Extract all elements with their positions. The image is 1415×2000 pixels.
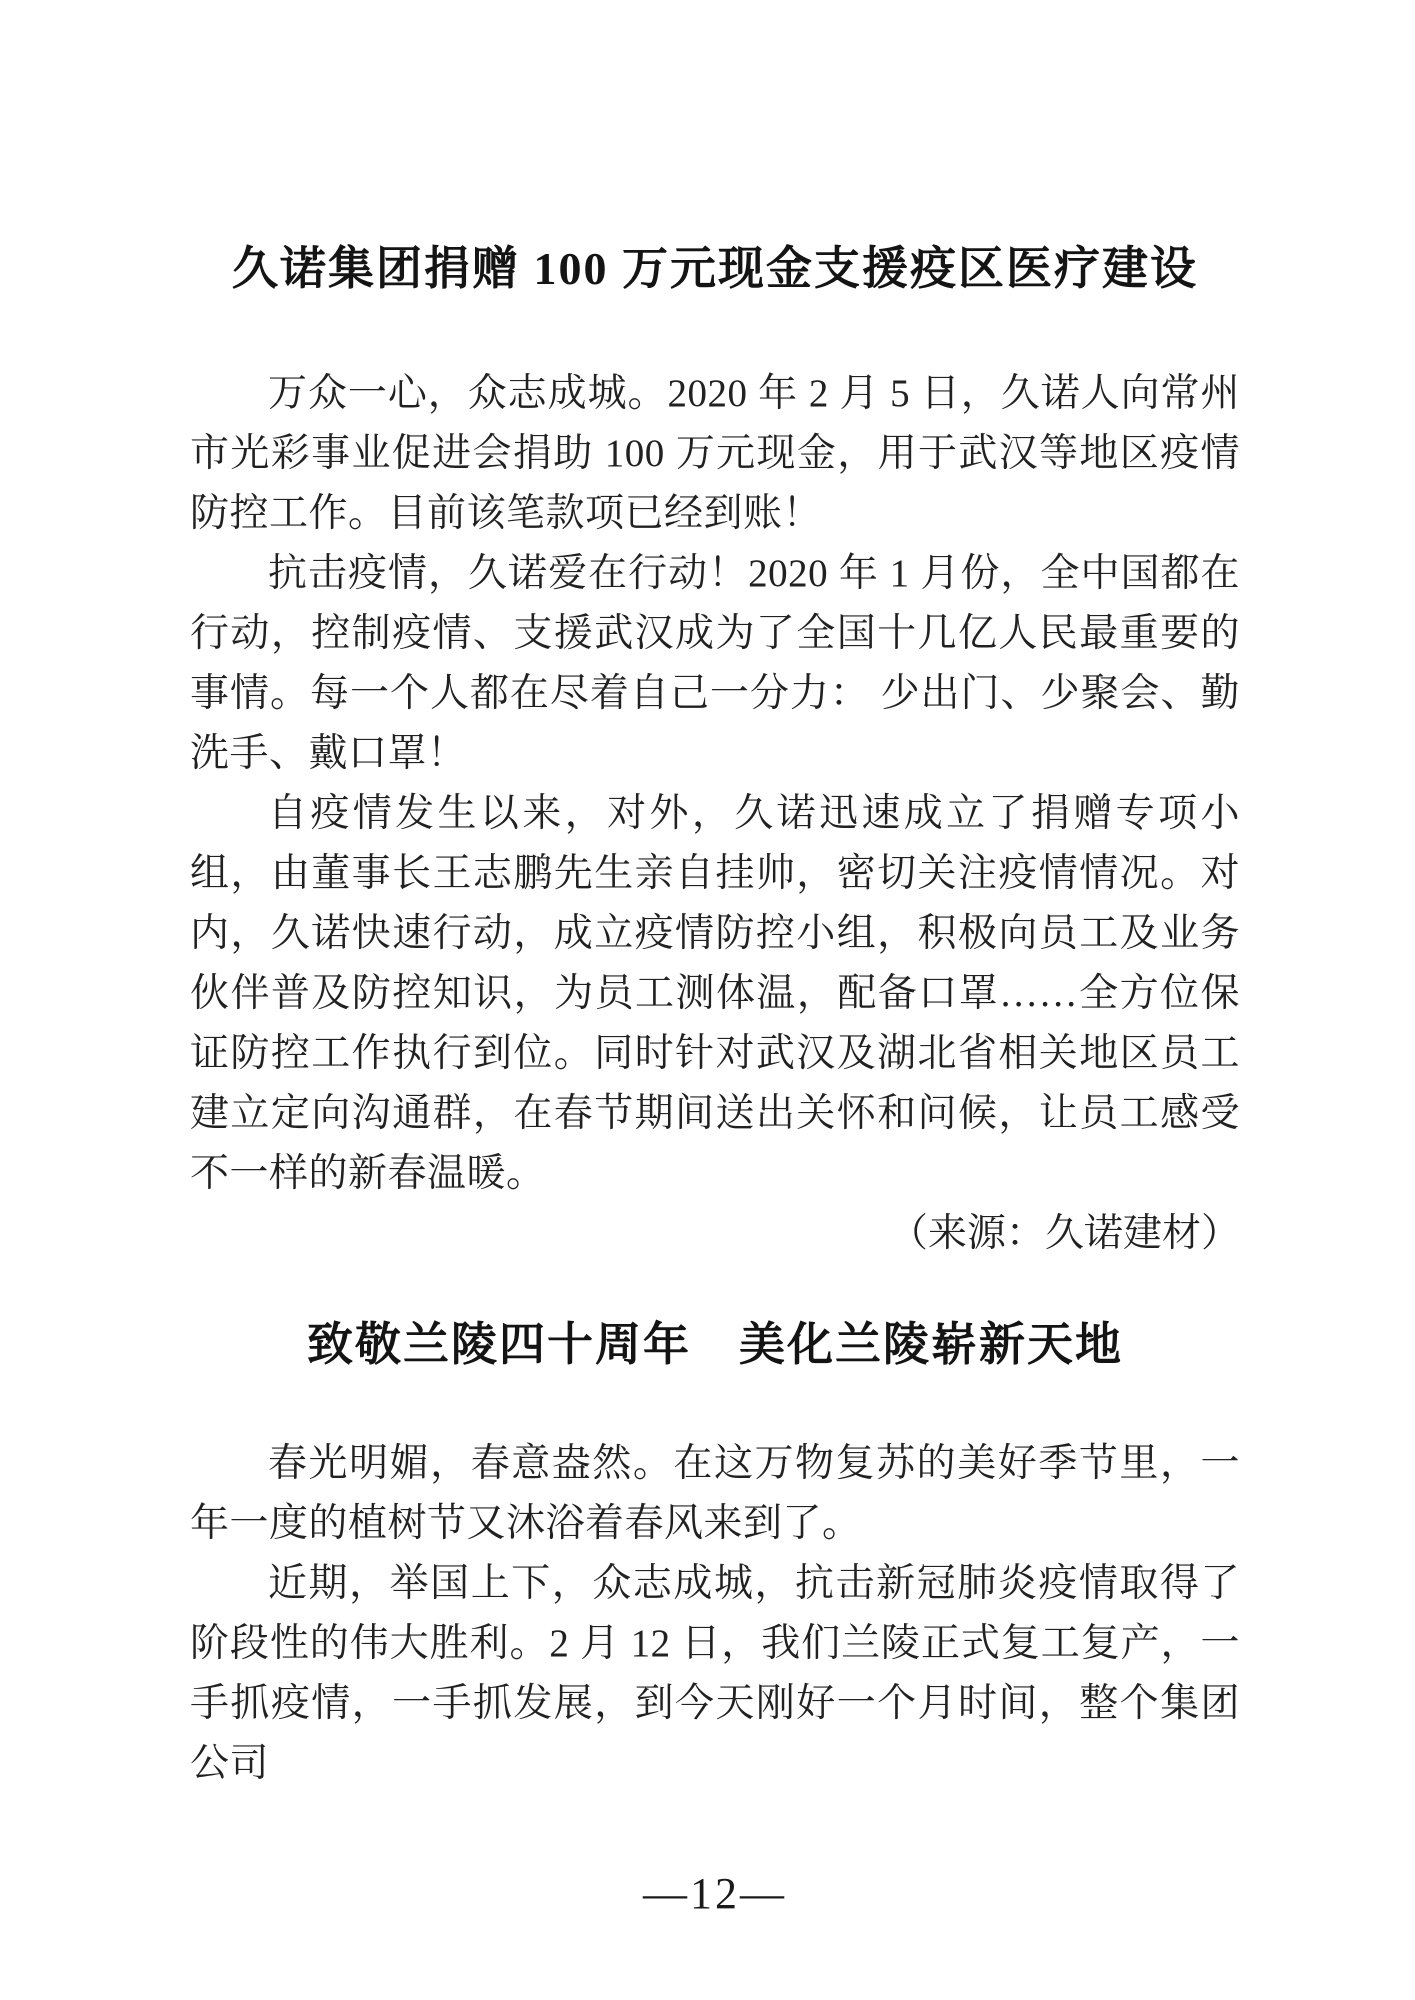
article-lanling-anniversary: 致敬兰陵四十周年 美化兰陵崭新天地 春光明媚，春意盎然。在这万物复苏的美好季节里… [190,1316,1240,1794]
page-footer: —12— [190,1866,1240,1922]
article-title-lanling: 致敬兰陵四十周年 美化兰陵崭新天地 [190,1316,1240,1374]
article-title-donation: 久诺集团捐赠 100 万元现金支援疫区医疗建设 [190,240,1240,298]
source-attribution: （来源：久诺建材） [190,1204,1240,1264]
paragraph-donation-2: 抗击疫情，久诺爱在行动！2020 年 1 月份，全中国都在行动，控制疫情、支援武… [190,544,1240,784]
article-donation: 久诺集团捐赠 100 万元现金支援疫区医疗建设 万众一心，众志成城。2020 年… [190,240,1240,1264]
paragraph-lanling-1: 春光明媚，春意盎然。在这万物复苏的美好季节里，一年一度的植树节又沐浴着春风来到了… [190,1434,1240,1554]
page-number: —12— [643,1866,787,1922]
paragraph-lanling-2: 近期，举国上下，众志成城，抗击新冠肺炎疫情取得了阶段性的伟大胜利。2 月 12 … [190,1554,1240,1794]
paragraph-donation-1: 万众一心，众志成城。2020 年 2 月 5 日，久诺人向常州市光彩事业促进会捐… [190,364,1240,544]
page-content: 久诺集团捐赠 100 万元现金支援疫区医疗建设 万众一心，众志成城。2020 年… [190,0,1240,1922]
document-page: 久诺集团捐赠 100 万元现金支援疫区医疗建设 万众一心，众志成城。2020 年… [0,0,1415,2000]
paragraph-donation-3: 自疫情发生以来，对外，久诺迅速成立了捐赠专项小组，由董事长王志鹏先生亲自挂帅，密… [190,784,1240,1204]
